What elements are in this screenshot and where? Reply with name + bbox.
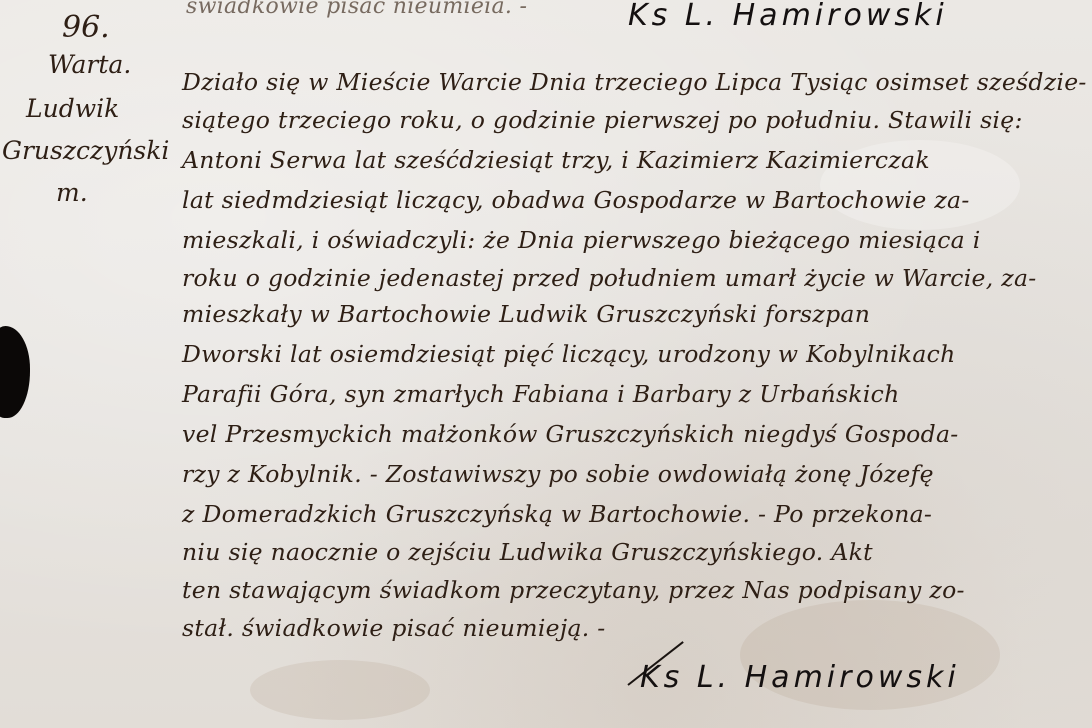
carry-over-signature: Ks L. Hamirowski bbox=[628, 0, 948, 33]
margin-sex: m. bbox=[56, 178, 88, 207]
record-line: vel Przesmyckich małżonków Gruszczyńskic… bbox=[182, 420, 959, 448]
priest-signature: Ks L. Hamirowski bbox=[640, 660, 960, 695]
register-page: swiadkowie pisac nieumieia. - Ks L. Hami… bbox=[0, 0, 1092, 728]
record-line: Parafii Góra, syn zmarłych Fabiana i Bar… bbox=[182, 380, 900, 408]
record-line: ten stawającym świadkom przeczytany, prz… bbox=[182, 576, 965, 604]
record-line: lat siedmdziesiąt liczący, obadwa Gospod… bbox=[182, 186, 970, 214]
margin-surname: Gruszczyński bbox=[2, 136, 169, 165]
record-line: Dworski lat osiemdziesiąt pięć liczący, … bbox=[182, 340, 956, 368]
record-line: niu się naocznie o zejściu Ludwika Grusz… bbox=[182, 538, 873, 566]
record-line: siątego trzeciego roku, o godzinie pierw… bbox=[182, 106, 1023, 134]
ink-blot bbox=[0, 326, 30, 418]
record-line: Antoni Serwa lat sześćdziesiąt trzy, i K… bbox=[182, 146, 930, 174]
entry-number: 96. bbox=[62, 10, 110, 45]
record-line: z Domeradzkich Gruszczyńską w Bartochowi… bbox=[182, 500, 932, 528]
record-line: Działo się w Mieście Warcie Dnia trzecie… bbox=[182, 68, 1087, 96]
margin-given-name: Ludwik bbox=[26, 94, 119, 123]
carry-over-line: swiadkowie pisac nieumieia. - bbox=[186, 0, 527, 19]
paper-stain bbox=[250, 660, 430, 720]
record-line: mieszkały w Bartochowie Ludwik Gruszczyń… bbox=[182, 300, 870, 328]
margin-place: Warta. bbox=[48, 50, 131, 79]
record-line: roku o godzinie jedenastej przed południ… bbox=[182, 264, 1037, 292]
record-line: mieszkali, i oświadczyli: że Dnia pierws… bbox=[182, 226, 981, 254]
record-line: stał. świadkowie pisać nieumieją. - bbox=[182, 614, 606, 642]
record-line: rzy z Kobylnik. - Zostawiwszy po sobie o… bbox=[182, 460, 934, 488]
